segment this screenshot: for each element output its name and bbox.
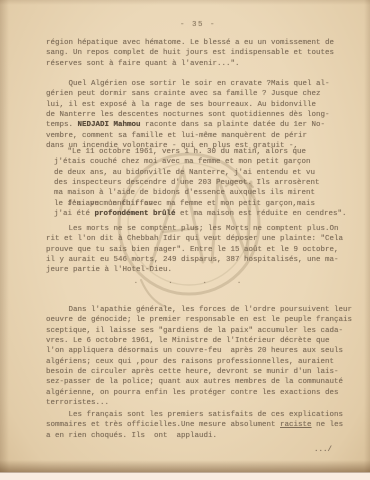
- paragraph-conclusion: Les français sont les premiers satisfait…: [46, 410, 362, 441]
- page-number: - 35 -: [13, 20, 370, 30]
- emphasis-burned: profondément brûlé: [95, 210, 176, 218]
- section-separator: . . . .: [9, 277, 370, 287]
- quote-escape: J'ai pu m'enfuir avec ma femme et mon pe…: [54, 199, 354, 220]
- scanner-bed-strip: [0, 472, 370, 480]
- scanned-document-page: - 35 - région hépatique avec hématome. L…: [0, 0, 370, 480]
- paragraph-curfew: Dans l'apathie générale, les forces de l…: [46, 305, 362, 408]
- scan-edge-top: [0, 0, 370, 5]
- scan-edge-left: [0, 0, 9, 480]
- paragraph-casualties: Les morts ne se comptent plus; les Morts…: [46, 224, 362, 276]
- complainant-name: NEDJADI Mahmou: [78, 121, 141, 129]
- paragraph-medical-report: région hépatique avec hématome. Le bless…: [46, 38, 362, 69]
- scan-edge-right: [364, 0, 370, 480]
- continuation-mark: .../: [314, 445, 332, 455]
- paragraph-nanterre: Quel Algérien ose sortir le soir en crav…: [46, 79, 362, 151]
- underlined-word-raciste: raciste: [280, 421, 312, 429]
- quote-escape-text-2: et ma maison est réduite en cendres".: [176, 210, 347, 218]
